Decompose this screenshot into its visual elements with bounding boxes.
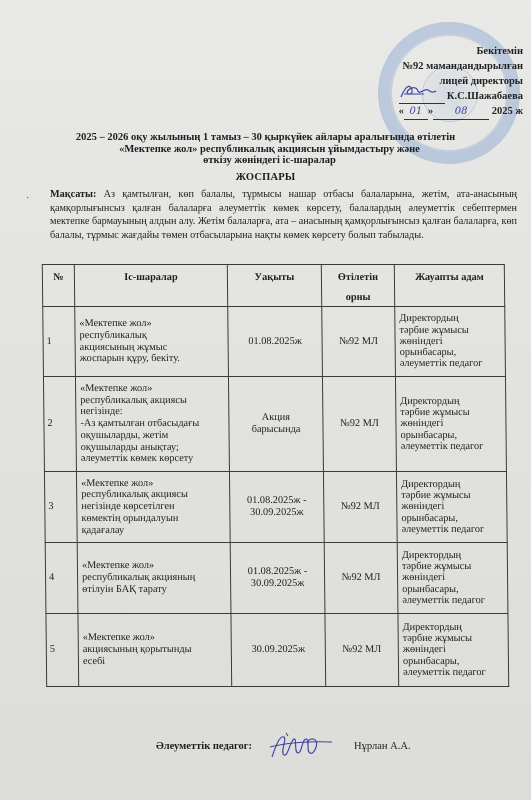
director-signature-line [399,91,445,104]
activity-line: оқушыларды анықтау; [81,442,225,454]
goal-paragraph: Мақсаты: Аз қамтылған, көп балалы, тұрмы… [50,188,517,242]
responsible-line: тәрбие жұмысы [403,633,504,644]
document-page: Бекітемін №92 мамандандырылған лицей дир… [0,0,531,800]
cell-num: 2 [43,377,76,472]
plan-heading: ЖОСПАРЫ [0,172,531,183]
cell-place: №92 МЛ [322,377,396,472]
responsible-line: тәрбие жұмысы [402,561,503,572]
responsible-line: жөніндегі [400,336,501,347]
table-row: 4«Мектепке жол»республикалық акцияныңөті… [45,543,508,614]
responsible-line: орынбасары, [401,513,502,524]
cell-activity: «Мектепке жол»акциясының қорытындыесебі [78,614,232,687]
goal-text: Аз қамтылған, көп балалы, тұрмысы нашар … [50,189,517,241]
responsible-line: тәрбие жұмысы [399,325,500,336]
cell-place: №92 МЛ [322,307,396,377]
responsible-line: әлеуметтік педагог [400,358,501,369]
activity-line: акциясының жұмыс [80,342,224,354]
table-row: 1«Мектепке жол»республикалықакциясының ж… [43,307,506,377]
cell-responsible: Директордыңтәрбие жұмысыжөніндегіорынбас… [398,614,509,687]
approval-line: Бекітемін [399,44,523,59]
cell-responsible: Директордыңтәрбие жұмысыжөніндегіорынбас… [396,472,507,543]
activity-line: әлеуметтік көмек көрсету [81,453,225,465]
margin-mark: · [26,193,29,204]
table-header-row: № Іс-шаралар Уақыты Өтілетін орны Жауапт… [42,265,504,307]
activity-line: өтілуін БАҚ тарату [82,584,226,596]
cell-place: №92 МЛ [323,472,397,543]
responsible-line: Директордың [401,479,502,490]
activity-line: республикалық акцияның [82,572,226,584]
header-time: Уақыты [227,265,321,307]
cell-activity: «Мектепке жол»республикалық акциясынегіз… [76,472,230,543]
time-line: 30.09.2025ж [235,578,320,590]
time-line: Акция [233,412,318,424]
time-line: 01.08.2025ж [233,336,318,348]
cell-place: №92 МЛ [324,543,398,614]
activity-line: «Мектепке жол» [79,318,223,330]
header-place-line2: орны [326,292,390,304]
cell-responsible: Директордыңтәрбие жұмысыжөніндегіорынбас… [397,543,508,614]
time-line: 01.08.2025ж - [234,495,319,507]
responsible-line: әлеуметтік педагог [402,524,503,535]
cell-responsible: Директордыңтәрбие жұмысыжөніндегіорынбас… [395,377,506,472]
header-place-line1: Өтілетін [338,272,378,283]
activity-line: есебі [83,656,227,668]
header-num: № [42,265,74,307]
table-row: 3«Мектепке жол»республикалық акциясынегі… [44,472,507,543]
activity-line: жоспарын құру, бекіту. [80,353,224,365]
activity-line: қадағалау [82,525,226,537]
activity-line: республикалық акциясы [81,489,225,501]
table-row: 5«Мектепке жол»акциясының қорытындыесебі… [46,614,509,687]
cell-num: 5 [46,614,79,687]
table-row: 2«Мектепке жол»республикалық акциясынегі… [43,377,506,472]
activity-line: -Аз қамтылған отбасыдағы [80,418,224,430]
activity-line: «Мектепке жол» [82,560,226,572]
responsible-line: орынбасары, [401,430,502,441]
responsible-line: Директордың [403,622,504,633]
approval-line: №92 мамандандырылған [399,59,523,74]
activity-line: оқушыларды, жетім [81,430,225,442]
responsible-line: әлеуметтік педагог [401,441,502,452]
activity-line: республикалық [79,330,223,342]
footer-role: Әлеуметтік педагог: [156,741,252,752]
header-activity: Іс-шаралар [74,265,227,307]
cell-num: 4 [45,543,78,614]
responsible-line: тәрбие жұмысы [400,407,501,418]
cell-activity: «Мектепке жол»республикалық акциясынегіз… [75,377,229,472]
activity-line: негізінде көрсетілген [81,501,225,513]
cell-responsible: Директордыңтәрбие жұмысыжөніндегіорынбас… [395,307,506,377]
responsible-line: жөніндегі [402,572,503,583]
time-line: 30.09.2025ж [236,644,321,656]
goal-label: Мақсаты: [50,189,96,200]
responsible-line: жөніндегі [401,501,502,512]
document-title: 2025 – 2026 оқу жылының 1 тамыз – 30 қыр… [0,132,531,167]
responsible-line: Директордың [399,313,500,324]
cell-activity: «Мектепке жол»республикалықакциясының жұ… [75,307,229,377]
responsible-line: жөніндегі [403,644,504,655]
cell-num: 3 [44,472,77,543]
approval-block: Бекітемін №92 мамандандырылған лицей дир… [399,44,523,120]
activity-line: акциясының қорытынды [83,644,227,656]
plan-table: № Іс-шаралар Уақыты Өтілетін орны Жауапт… [42,264,509,687]
responsible-line: әлеуметтік педагог [402,595,503,606]
cell-time: 01.08.2025ж -30.09.2025ж [229,472,324,543]
approval-date: «01»08 2025 ж [399,104,523,120]
cell-time: 30.09.2025ж [231,614,326,687]
activity-line: «Мектепке жол» [83,632,227,644]
activity-line: республикалық акциясы [80,395,224,407]
responsible-line: орынбасары, [400,347,501,358]
responsible-line: Директордың [402,550,503,561]
time-line: барысында [233,424,318,436]
approval-line: лицей директоры [399,74,523,89]
cell-time: 01.08.2025ж -30.09.2025ж [230,543,325,614]
responsible-line: тәрбие жұмысы [401,490,502,501]
cell-time: Акциябарысында [228,377,323,472]
cell-time: 01.08.2025ж [228,307,323,377]
responsible-line: жөніндегі [400,418,501,429]
director-row: К.С.Шажабаева [399,89,523,104]
date-day: 01 [404,104,428,120]
responsible-line: әлеуметтік педагог [403,667,504,678]
responsible-line: орынбасары, [402,584,503,595]
activity-line: «Мектепке жол» [81,478,225,490]
time-line: 30.09.2025ж [234,507,319,519]
header-responsible: Жауапты адам [394,265,504,307]
activity-line: «Мектепке жол» [80,383,224,395]
footer-name: Нұрлан А.А. [354,741,411,752]
date-month: 08 [433,104,489,120]
time-line: 01.08.2025ж - [235,566,320,578]
activity-line: көмектің орындалуын [81,513,225,525]
footer-signature: Әлеуметтік педагог: Нұрлан А.А. [156,731,411,761]
cell-num: 1 [43,307,76,377]
responsible-line: орынбасары, [403,656,504,667]
activity-line: негізінде: [80,406,224,418]
director-name: К.С.Шажабаева [447,91,523,102]
title-line: өткізу жөніндегі іс-шаралар [0,155,531,167]
title-line: 2025 – 2026 оқу жылының 1 тамыз – 30 қыр… [0,132,531,144]
pedagogue-signature-icon [266,731,336,761]
cell-activity: «Мектепке жол»республикалық акцияныңөтіл… [77,543,231,614]
responsible-line: Директордың [400,396,501,407]
cell-place: №92 МЛ [325,614,399,687]
date-year: 2025 ж [492,106,523,117]
title-line: «Мектепке жол» республикалық акциясын ұй… [0,144,531,156]
header-place: Өтілетін орны [321,265,394,307]
